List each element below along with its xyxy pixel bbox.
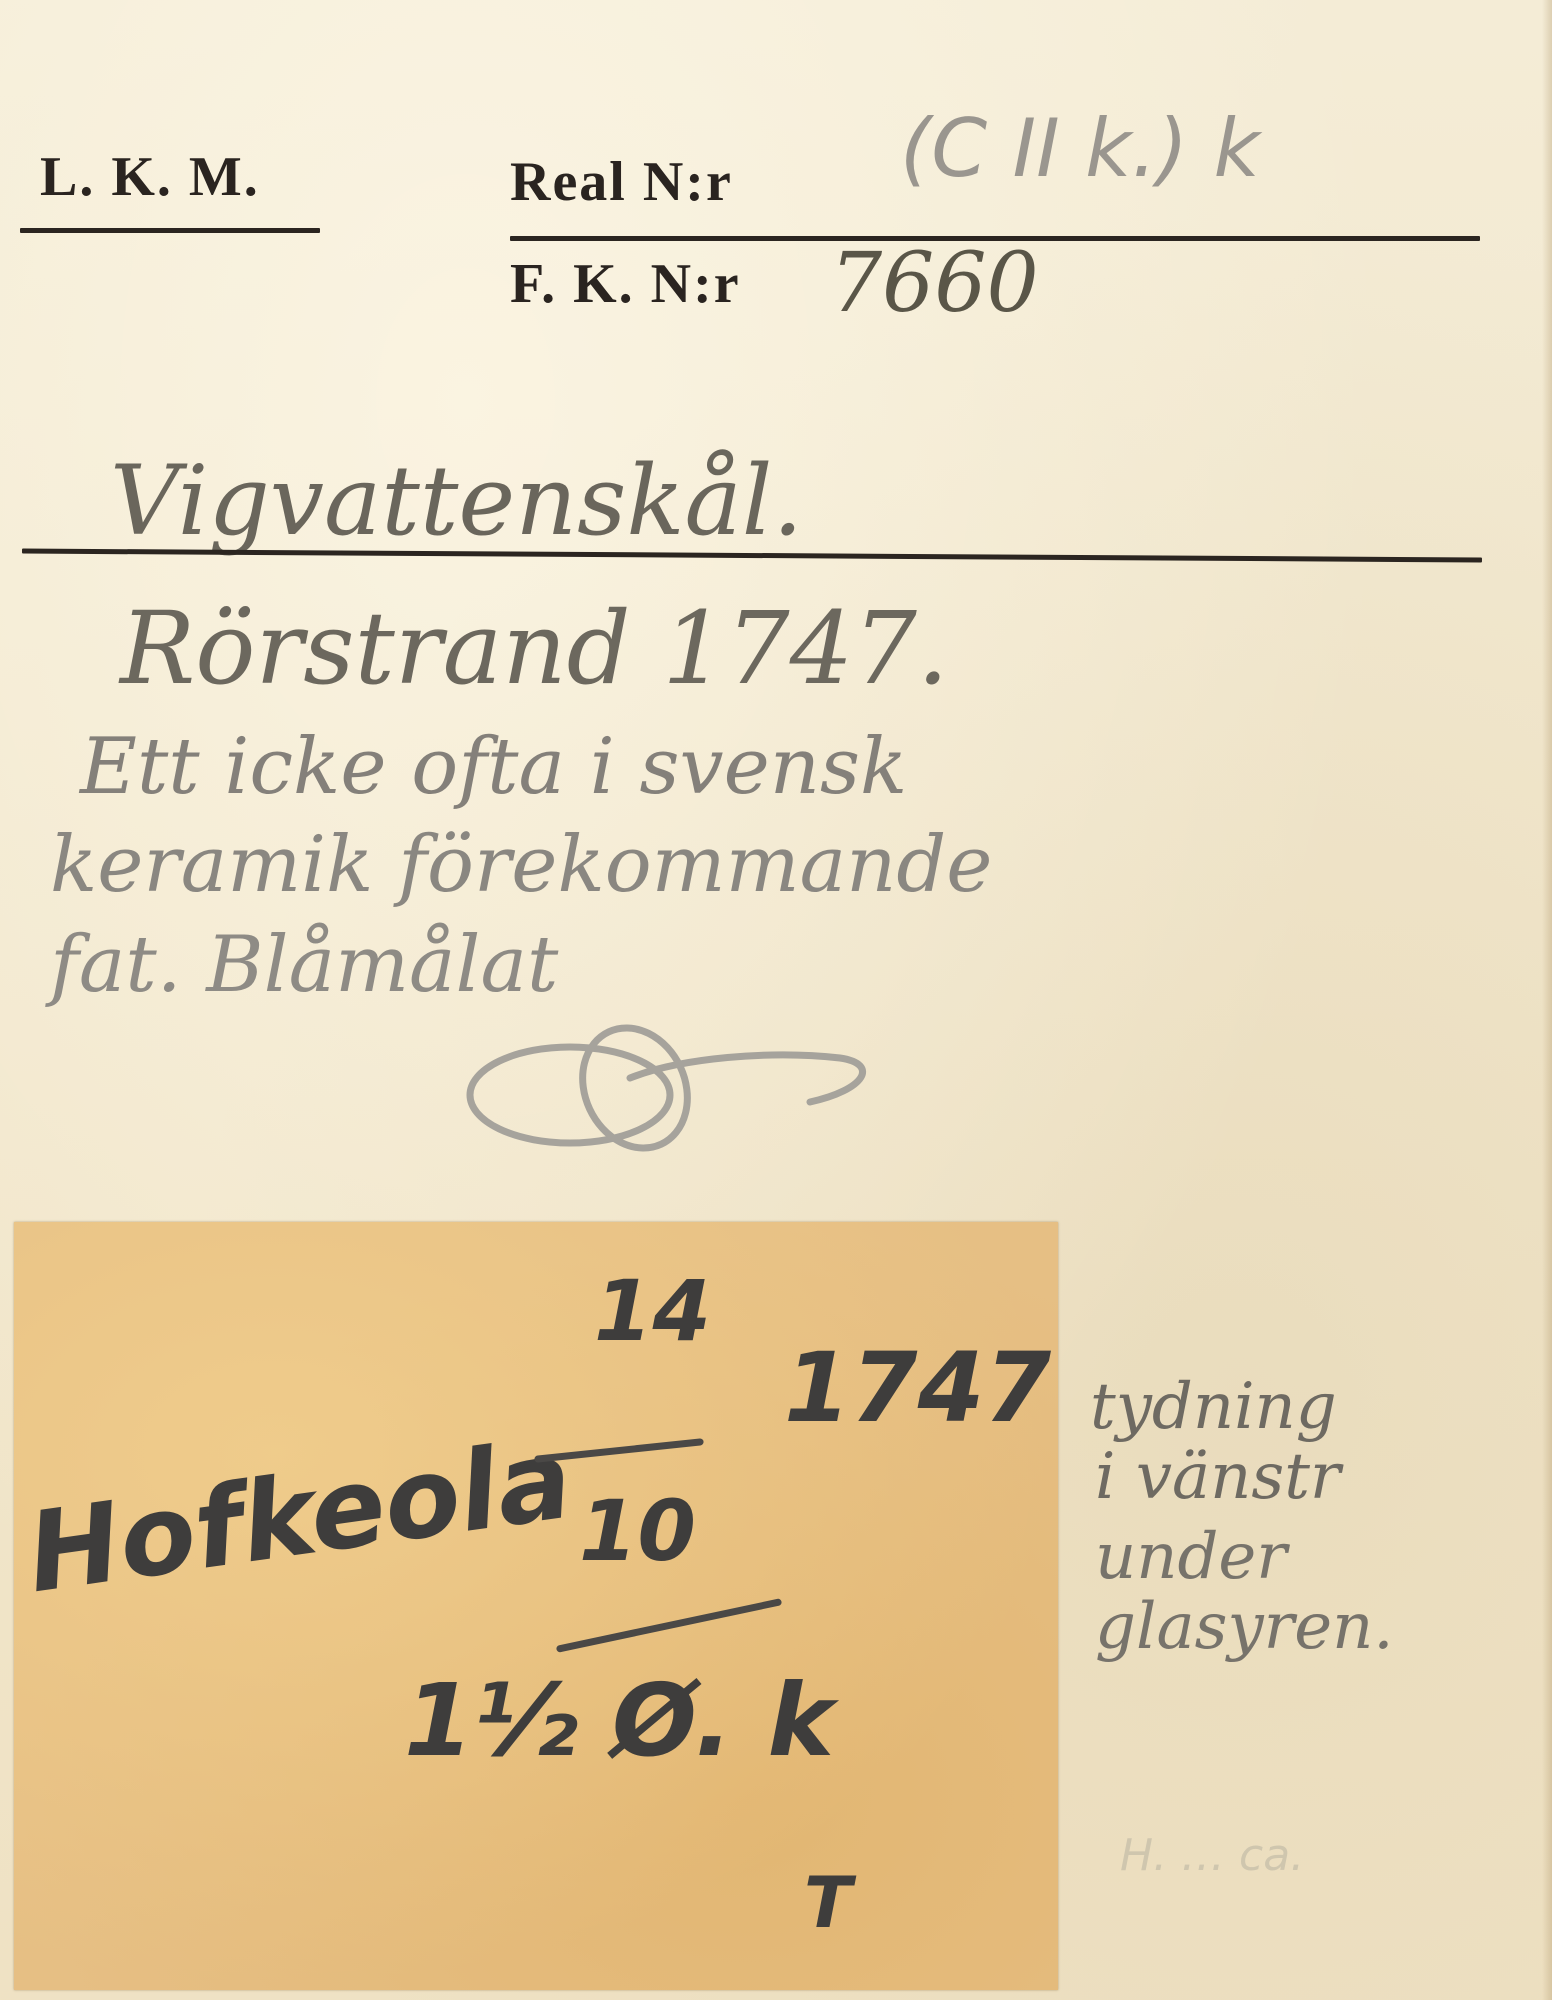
description-line-3: fat. Blåmålat — [50, 920, 558, 1010]
label-fraction-bottom: 10 — [579, 1482, 696, 1580]
label-year: 1747 — [784, 1332, 1051, 1444]
museum-abbreviation: L. K. M. — [40, 145, 260, 209]
label-word: Hofkeola — [20, 1415, 579, 1618]
description-line-1: Ett icke ofta i svensk — [80, 722, 907, 812]
real-nr-label: Real N:r — [510, 150, 733, 214]
fk-nr-label: F. K. N:r — [510, 252, 741, 316]
fk-nr-value: 7660 — [830, 236, 1039, 331]
side-note-line-2: i vänstr — [1095, 1440, 1341, 1514]
label-bottom-mark: T — [804, 1862, 852, 1944]
card-edge-shadow — [1542, 0, 1552, 2000]
side-note-line-4: glasyren. — [1095, 1590, 1394, 1664]
real-nr-value: (C II k.) k — [900, 102, 1260, 195]
label-fraction-top: 14 — [594, 1262, 711, 1360]
attached-paper-label: Hofkeola 14 10 1747 1½ Ø. k T — [14, 1222, 1058, 1990]
description-line-2: keramik förekommande — [50, 820, 992, 910]
label-bottom-text: 1½ Ø. k — [404, 1662, 834, 1779]
header-rule-left — [20, 228, 320, 233]
label-underline — [556, 1598, 782, 1653]
catalog-card: L. K. M. Real N:r (C II k.) k F. K. N:r … — [0, 0, 1552, 2000]
faint-pencil-note: H. … ca. — [1120, 1830, 1304, 1881]
side-note-line-1: tydning — [1090, 1370, 1337, 1444]
flourish-mark-icon — [460, 1010, 900, 1160]
side-note-line-3: under — [1095, 1520, 1287, 1594]
origin-date: Rörstrand 1747. — [120, 590, 949, 707]
object-title: Vigvattenskål. — [110, 445, 803, 557]
